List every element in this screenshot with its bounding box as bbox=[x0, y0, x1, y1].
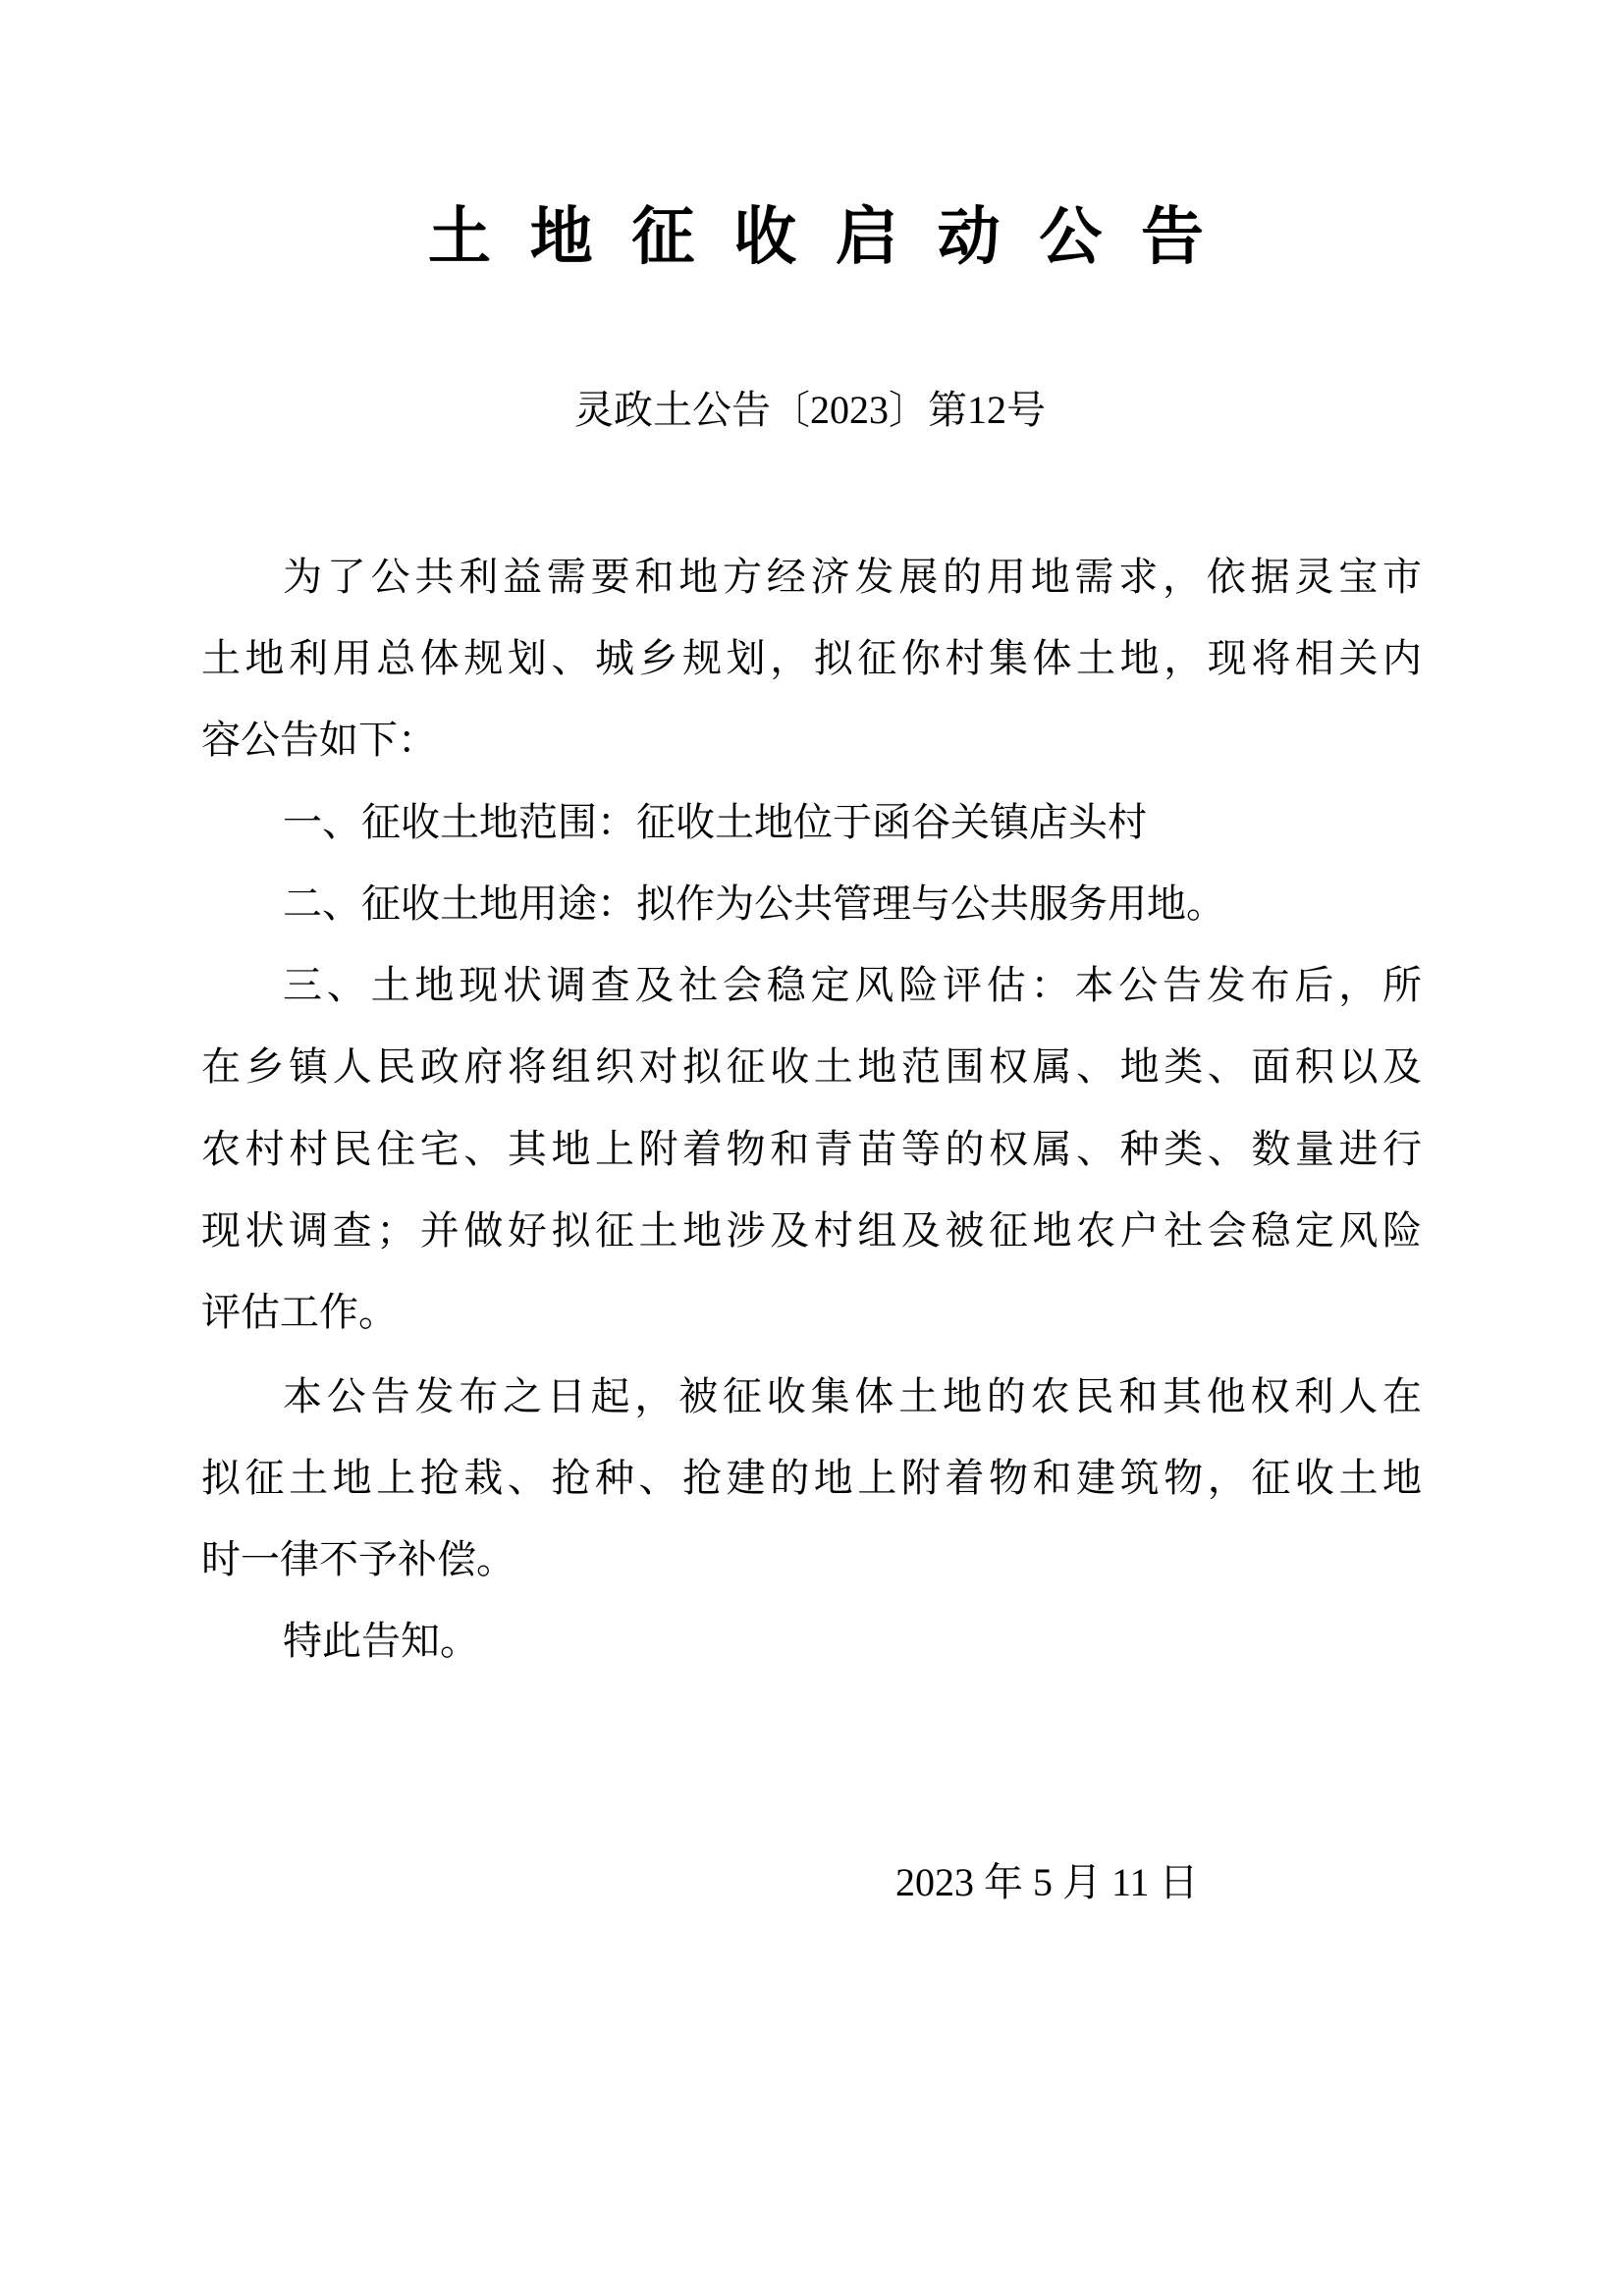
paragraph-line: 本公告发布之日起，被征收集体土地的农民和其他权利人在 bbox=[283, 1356, 1422, 1438]
paragraph-line: 评估工作。 bbox=[201, 1271, 1422, 1354]
paragraph-line: 现状调查；并做好拟征土地涉及村组及被征地农户社会稳定风险 bbox=[201, 1190, 1422, 1272]
paragraph-line: 三、土地现状调查及社会稳定风险评估：本公告发布后，所 bbox=[283, 944, 1422, 1027]
paragraph-line: 二、征收土地用途：拟作为公共管理与公共服务用地。 bbox=[283, 863, 1422, 945]
document-number: 灵政土公告〔2023〕第12号 bbox=[530, 385, 1090, 436]
paragraph-line: 土地利用总体规划、城乡规划，拟征你村集体土地，现将相关内 bbox=[201, 617, 1422, 700]
document-title: 土地征收启动公告 bbox=[428, 196, 1204, 279]
paragraph-line: 特此告知。 bbox=[283, 1600, 1422, 1682]
paragraph-line: 容公告如下： bbox=[201, 699, 1422, 781]
issue-date: 2023 年 5 月 11 日 bbox=[895, 1853, 1234, 1912]
paragraph-line: 农村村民住宅、其地上附着物和青苗等的权属、种类、数量进行 bbox=[201, 1108, 1422, 1191]
paragraph-line: 为了公共利益需要和地方经济发展的用地需求，依据灵宝市 bbox=[283, 536, 1422, 618]
paragraph-line: 一、征收土地范围：征收土地位于函谷关镇店头村 bbox=[283, 781, 1422, 864]
paragraph-line: 时一律不予补偿。 bbox=[201, 1519, 1422, 1601]
paragraph-line: 在乡镇人民政府将组织对拟征收土地范围权属、地类、面积以及 bbox=[201, 1026, 1422, 1108]
paragraph-line: 拟征土地上抢栽、抢种、抢建的地上附着物和建筑物，征收土地 bbox=[201, 1437, 1422, 1520]
